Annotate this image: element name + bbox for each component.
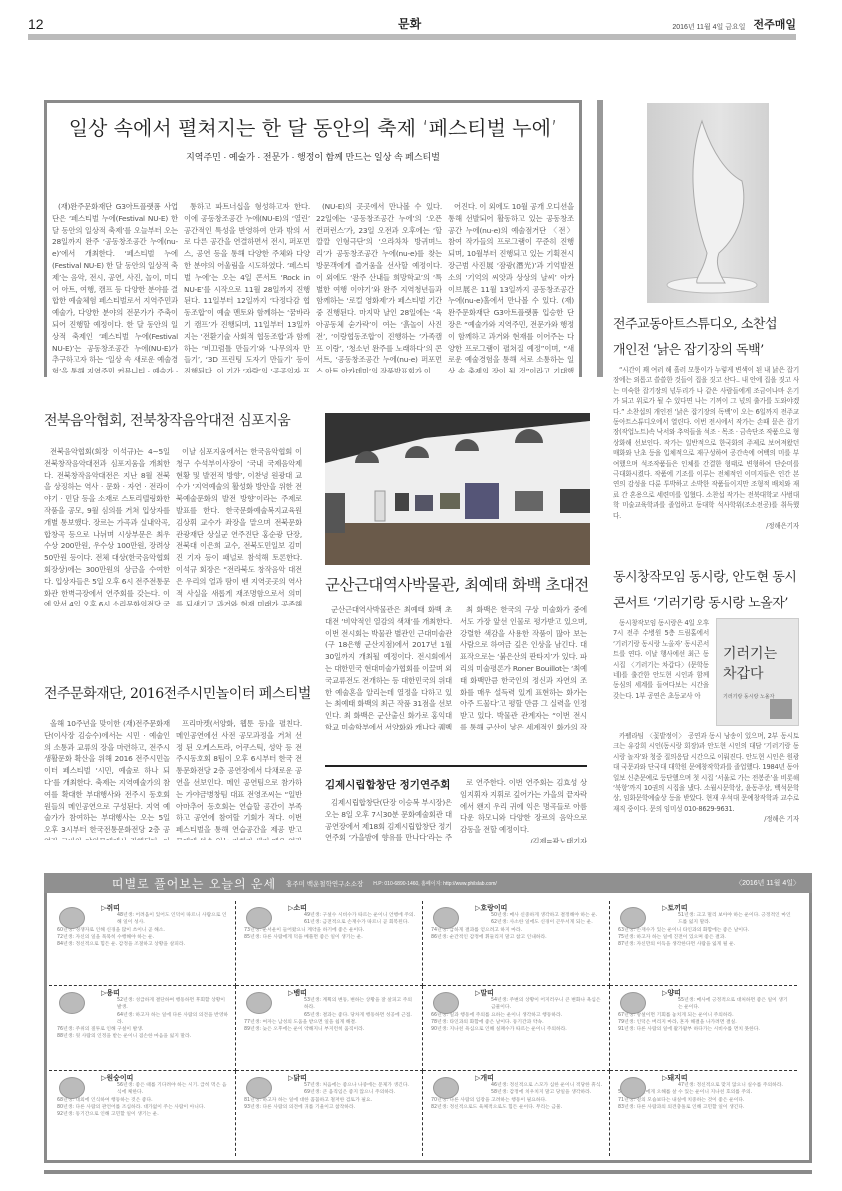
poetry-body-wide: 카펠라팀 〈꽃밭정이〉 공연과 동시 낭송이 있으며, 2부 동시토크는 유강희… (613, 731, 799, 841)
byline: /정해은 기자 (613, 814, 799, 824)
fortune-contact: H.P: 010-6890-1460, 홈페이지: http://www.phi… (373, 880, 497, 887)
dragon-icon (59, 992, 85, 1014)
rabbit-icon (620, 907, 646, 929)
sculpture-headline-1: 전주교동아트스튜디오, 소찬섭 (613, 313, 777, 332)
monkey-icon (59, 1077, 85, 1099)
fortune-grid: ▷쥐띠48년생: 어려움이 있어도 인덕이 따르니 사람으로 인해 일이 성사.… (49, 901, 797, 1156)
zodiac-cell-sheep: ▷양띠55년생: 매사에 긍정적으로 대처하면 좋은 일이 생기는 운이다.67… (610, 986, 797, 1071)
festival-column-2: 프리마켓(서양화, 웹툰 등)을 펼친다. 메인공연에선 사전 공모과정을 거쳐… (176, 718, 302, 840)
ox-icon (246, 907, 272, 929)
zodiac-cell-ox: ▷소띠49년생: 구설수 시비수가 따르는 운이니 언행에 주의.61년생: 금… (236, 901, 423, 986)
book-cover-title: 기러기는 차갑다 (723, 643, 792, 683)
byline: /정해은기자 (613, 521, 799, 531)
fortune-grid-frame: ▷쥐띠48년생: 어려움이 있어도 인덕이 따르니 사람으로 인해 일이 성사.… (44, 893, 812, 1163)
feature-column-1: (재)완주문화재단 G3아트플랫폼 사업단은 ‘페스티벌 누에(Festival… (52, 201, 178, 373)
zodiac-cell-pig: ▷돼지띠47년생: 정신적으로 맞지 않으니 실수를 주의하라.59년생: 타인… (610, 1071, 797, 1156)
sculpture-photo (647, 103, 769, 303)
column-divider (597, 100, 603, 377)
rooster-icon (246, 1077, 272, 1099)
feature-subheadline: 지역주민 · 예술가 · 전문가 · 행정이 함께 만드는 일상 속 페스티벌 (44, 150, 582, 163)
page-header: 12 문화 2016년 11월 4일 금요일 전주매일 (28, 18, 796, 32)
issue-date: 2016년 11월 4일 금요일 (672, 22, 745, 32)
zodiac-cell-tiger: ▷호랑이띠50년생: 매사 신중하게 생각하고 결정해야 하는 운.62년생: … (423, 901, 610, 986)
zodiac-cell-monkey: ▷원숭이띠56년생: 좋은 때를 기다려야 하는 시기. 급히 먹은 음식에 체… (49, 1071, 236, 1156)
festival-column-1: 올해 10주년을 맞이한 (재)전주문화재단(이사장 김승수)에서는 시민 · … (44, 718, 170, 840)
section-title: 문화 (398, 15, 421, 32)
zodiac-cell-dog: ▷개띠46년생: 정신적으로 스모가 심한 운이니 적당한 휴식.58년생: 감… (423, 1071, 610, 1156)
feature-headline: 일상 속에서 펼쳐지는 한 달 동안의 축제 ‘페스티벌 누에’ (44, 112, 582, 141)
poetry-body-narrow: 동시창작모임 동시랑은 4일 오후 7시 전주 수병원 5층 드림홀에서 ‘기러… (613, 618, 709, 730)
zodiac-cell-rooster: ▷닭띠57년생: 처음에는 좋으나 나중에는 문제가 생긴다.69년생: 큰 움… (236, 1071, 423, 1156)
museum-column-2: 최 화백은 한국의 구상 미술화가 중에서도 가장 앞선 인물로 평가받고 있으… (460, 604, 587, 730)
rat-icon (59, 907, 85, 929)
dog-icon (433, 1077, 459, 1099)
snake-icon (246, 992, 272, 1014)
gallery-photo (325, 413, 590, 565)
horse-icon (433, 992, 459, 1014)
page-number: 12 (28, 16, 44, 32)
zodiac-cell-dragon: ▷용띠52년생: 성급하게 결단하여 행동하면 후회할 상황이 발생.64년생:… (49, 986, 236, 1071)
sculpture-body: “시간이 꽤 여러 해 흘러 모퉁이가 누렇게 변색이 된 내 낡은 잡기장에는… (613, 365, 799, 543)
fortune-title: 띠별로 풀어보는 오늘의 운세 (112, 875, 276, 892)
feature-column-2: 통하고 파트너십을 형성하고자 한다. 이에 공동창조공간 누에(NU-E)의 … (184, 201, 310, 373)
museum-column-1: 군산근대역사박물관은 최예태 화백 초대전 ‘비약적인 열감의 색채’를 개최한… (325, 604, 452, 730)
music-column-1: 전북음악협회(회장 이석규)는 4~5일 전북창작음악대전과 심포지움을 개최한… (44, 446, 170, 606)
fortune-author: 홍주미 백운철학연구소소장 (286, 879, 363, 888)
fortune-date: 〈2016년 11월 4일〉 (735, 878, 800, 888)
poetry-headline-1: 동시창작모임 동시랑, 안도현 동시 (613, 566, 796, 585)
sculpture-icon (647, 103, 769, 303)
sculpture-headline-2: 개인전 ‘낡은 잡기장의 독백’ (613, 339, 764, 358)
tiger-icon (433, 907, 459, 929)
newspaper-logo: 전주매일 (753, 16, 796, 32)
zodiac-cell-snake: ▷뱀띠53년생: 계획의 변동, 변하는 상황을 잘 살피고 주의하라.65년생… (236, 986, 423, 1071)
fortune-header: 띠별로 풀어보는 오늘의 운세 홍주미 백운철학연구소소장 H.P: 010-6… (44, 873, 812, 893)
festival-headline: 전주문화재단, 2016전주시민놀이터 페스티벌 (44, 683, 311, 703)
header-rule (28, 34, 796, 40)
zodiac-cell-horse: ▷말띠54년생: 주변의 상황이 어지러우니 큰 변화나 욕심은 금물이다.66… (423, 986, 610, 1071)
choir-column-2: 로 연주한다. 이번 연주회는 김효성 상임지휘자 지휘로 깊어가는 가을의 끝… (460, 777, 587, 843)
feature-column-4: 어진다. 이 외에도 10월 공개 오디션을 통해 선발되어 활동하고 있는 공… (448, 201, 574, 373)
section-divider (325, 765, 587, 767)
zodiac-cell-rat: ▷쥐띠48년생: 어려움이 있어도 인덕이 따르니 사람으로 인해 일이 성사.… (49, 901, 236, 986)
sheep-icon (620, 992, 646, 1014)
book-cover: 기러기는 차갑다 기러기랑 동시랑 노올자 (716, 618, 799, 726)
choir-column-1: 김제시립합창단(단장 이승복 부시장)은 오는 8일 오후 7시30분 문화예술… (325, 797, 452, 843)
zodiac-cell-rabbit: ▷토끼띠51년생: 크고 멀리 보아야 하는 운이다. 긍정적인 마인드를 잃지… (610, 901, 797, 986)
author-photo (770, 699, 792, 719)
pig-icon (620, 1077, 646, 1099)
music-headline: 전북음악협회, 전북창작음악대전 심포지움 (44, 410, 290, 430)
choir-headline: 김제시립합창단 정기연주회 (325, 777, 450, 792)
feature-column-3: (NU-E)의 곳곳에서 만나볼 수 있다. 22일에는 ‘공동창조공간 누에’… (316, 201, 442, 373)
music-column-2: 이날 심포지움에서는 한국음악협회 이청구 수석부이사장이 ‘국내 국제음악제 … (176, 446, 302, 606)
fortune-section: 띠별로 풀어보는 오늘의 운세 홍주미 백운철학연구소소장 H.P: 010-6… (44, 873, 812, 1163)
poetry-headline-2: 콘서트 ‘기러기랑 동시랑 노올자’ (613, 592, 788, 611)
footer-rule (44, 1170, 812, 1174)
museum-headline: 군산근대역사박물관, 최예태 화백 초대전 (325, 573, 589, 595)
gallery-interior-icon (325, 413, 590, 565)
byline: /김제=곽노태기자 (460, 836, 587, 843)
